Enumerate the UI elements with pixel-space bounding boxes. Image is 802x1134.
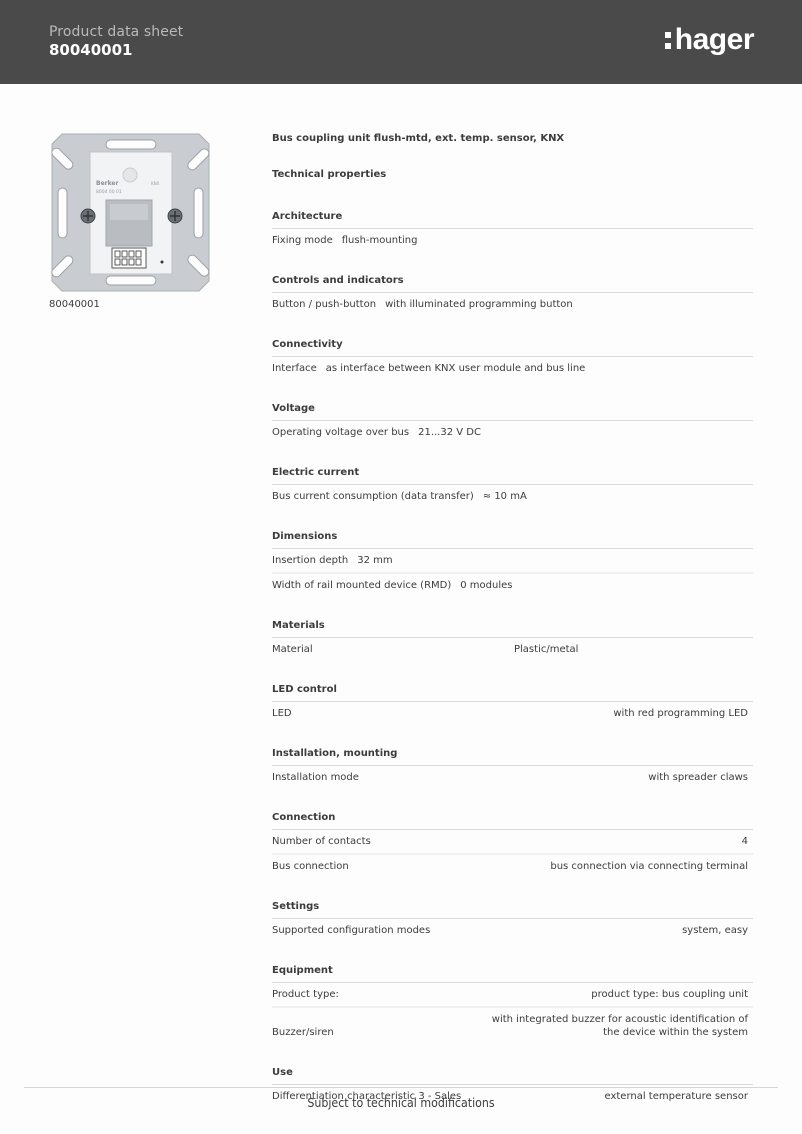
property-value: 32 mm (357, 554, 392, 567)
property-value: 0 modules (460, 579, 512, 592)
property-row: Insertion depth32 mm (272, 549, 753, 572)
property-row: Installation modewith spreader claws (272, 766, 753, 789)
property-value: system, easy (682, 924, 748, 937)
property-value: with red programming LED (613, 707, 748, 720)
hager-logo: hager (665, 24, 754, 56)
footer-note: Subject to technical modifications (32, 1096, 770, 1110)
property-label: Number of contacts (272, 835, 371, 848)
property-label: Fixing mode (272, 234, 333, 247)
property-label: Bus connection (272, 860, 349, 873)
product-image: Berker 8004 00 01 KNX (48, 130, 213, 295)
property-label: Buzzer/siren (272, 1026, 334, 1039)
section-title: Connection (272, 811, 753, 830)
property-row: Buzzer/sirenwith integrated buzzer for a… (272, 1006, 753, 1044)
section-title: Voltage (272, 402, 753, 421)
property-row: Width of rail mounted device (RMD)0 modu… (272, 572, 753, 597)
section-dimensions: DimensionsInsertion depth32 mmWidth of r… (272, 530, 753, 597)
section-settings: SettingsSupported configuration modessys… (272, 900, 753, 942)
property-label: Bus current consumption (data transfer) (272, 490, 474, 503)
property-sections: ArchitectureFixing modeflush-mountingCon… (272, 210, 753, 1108)
section-connection: ConnectionNumber of contacts4Bus connect… (272, 811, 753, 878)
property-label: Supported configuration modes (272, 924, 430, 937)
property-label: Operating voltage over bus (272, 426, 409, 439)
logo-text: hager (675, 23, 754, 56)
footer-divider (24, 1087, 778, 1088)
document-type: Product data sheet (49, 24, 183, 40)
section-architecture: ArchitectureFixing modeflush-mounting (272, 210, 753, 252)
image-caption: 80040001 (49, 299, 100, 310)
property-row: Bus connectionbus connection via connect… (272, 853, 753, 878)
section-controls-and-indicators: Controls and indicatorsButton / push-but… (272, 274, 753, 316)
property-value: 21...32 V DC (418, 426, 481, 439)
property-row: Product type:product type: bus coupling … (272, 983, 753, 1006)
section-voltage: VoltageOperating voltage over bus21...32… (272, 402, 753, 444)
product-code: 80040001 (49, 41, 133, 59)
property-label: Width of rail mounted device (RMD) (272, 579, 451, 592)
technical-properties-heading: Technical properties (272, 168, 753, 204)
property-row: MaterialPlastic/metal (272, 638, 753, 661)
property-value: flush-mounting (342, 234, 418, 247)
property-label: LED (272, 707, 292, 720)
property-row: Interfaceas interface between KNX user m… (272, 357, 753, 380)
property-label: Interface (272, 362, 317, 375)
section-materials: MaterialsMaterialPlastic/metal (272, 619, 753, 661)
section-title: Controls and indicators (272, 274, 753, 293)
section-title: Equipment (272, 964, 753, 983)
section-title: Connectivity (272, 338, 753, 357)
section-title: Architecture (272, 210, 753, 229)
property-row: Supported configuration modessystem, eas… (272, 919, 753, 942)
svg-text:Berker: Berker (96, 180, 119, 187)
section-title: Electric current (272, 466, 753, 485)
section-title: Materials (272, 619, 753, 638)
property-row: LEDwith red programming LED (272, 702, 753, 725)
section-connectivity: ConnectivityInterfaceas interface betwee… (272, 338, 753, 380)
property-value: with integrated buzzer for acoustic iden… (488, 1013, 748, 1039)
product-title: Bus coupling unit flush-mtd, ext. temp. … (272, 132, 753, 168)
property-value: ≈ 10 mA (483, 490, 527, 503)
property-value: Plastic/metal (514, 643, 578, 656)
property-value: with illuminated programming button (385, 298, 573, 311)
property-row: Bus current consumption (data transfer)≈… (272, 485, 753, 508)
property-label: Installation mode (272, 771, 359, 784)
section-equipment: EquipmentProduct type:product type: bus … (272, 964, 753, 1044)
property-label: Button / push-button (272, 298, 376, 311)
technical-data: Bus coupling unit flush-mtd, ext. temp. … (272, 132, 753, 1108)
section-led-control: LED controlLEDwith red programming LED (272, 683, 753, 725)
property-label: Material (272, 643, 514, 656)
property-row: Button / push-buttonwith illuminated pro… (272, 293, 753, 316)
section-installation-mounting: Installation, mountingInstallation modew… (272, 747, 753, 789)
svg-text:8004 00 01: 8004 00 01 (96, 189, 122, 195)
section-title: LED control (272, 683, 753, 702)
property-label: Insertion depth (272, 554, 348, 567)
section-title: Dimensions (272, 530, 753, 549)
section-electric-current: Electric currentBus current consumption … (272, 466, 753, 508)
section-title: Settings (272, 900, 753, 919)
property-row: Fixing modeflush-mounting (272, 229, 753, 252)
section-title: Installation, mounting (272, 747, 753, 766)
svg-text:KNX: KNX (151, 181, 160, 186)
property-value: with spreader claws (648, 771, 748, 784)
property-value: as interface between KNX user module and… (326, 362, 586, 375)
property-row: Number of contacts4 (272, 830, 753, 853)
section-title: Use (272, 1066, 753, 1085)
property-label: Product type: (272, 988, 339, 1001)
property-row: Operating voltage over bus21...32 V DC (272, 421, 753, 444)
page-header: Product data sheet 80040001 hager (0, 0, 802, 84)
property-value: 4 (742, 835, 748, 848)
property-value: bus connection via connecting terminal (550, 860, 748, 873)
logo-colon-icon (665, 30, 671, 52)
property-value: product type: bus coupling unit (591, 988, 748, 1001)
